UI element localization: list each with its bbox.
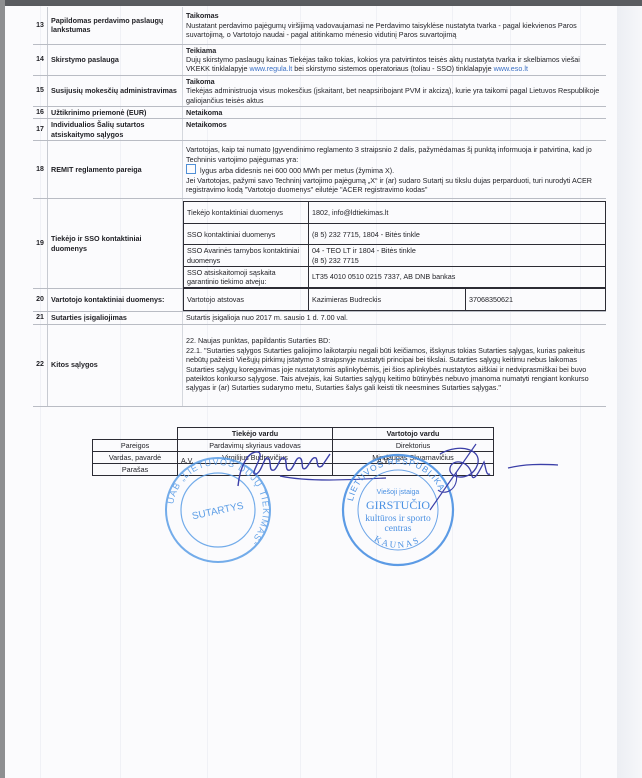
contract-terms-table: 13 Papildomas perdavimo paslaugų lankstu… bbox=[33, 7, 606, 407]
contact-value: LT35 4010 0510 0215 7337, AB DNB bankas bbox=[309, 266, 606, 287]
consumer-contact-table: Vartotojo atstovas Kazimieras Budreckis … bbox=[183, 288, 606, 311]
row-label: Tiekėjo ir SSO kontaktiniai duomenys bbox=[48, 199, 183, 288]
contact-value-line: 04 - TEO LT ir 1804 - Bitės tinkle bbox=[312, 246, 602, 255]
consumer-phone: 37068350621 bbox=[466, 289, 606, 311]
consumer-role: Vartotojo atstovas bbox=[184, 289, 309, 311]
table-row: 22 Kitos sąlygos 22. Naujas punktas, pap… bbox=[33, 324, 606, 406]
signature-header-row: Tiekėjo vardu Vartotojo vardu bbox=[93, 428, 494, 440]
contact-row: SSO Avarinės tarnybos kontaktiniai duome… bbox=[184, 245, 606, 266]
contact-key: SSO Avarinės tarnybos kontaktiniai duome… bbox=[184, 245, 309, 266]
contact-row: Tiekėjo kontaktiniai duomenys 1802, info… bbox=[184, 202, 606, 224]
row-label: Sutarties įsigaliojimas bbox=[48, 312, 183, 324]
remit-checkbox-label: lygus arba didesnis nei 600 000 MWh per … bbox=[200, 166, 394, 175]
consumer-name: Kazimieras Budreckis bbox=[309, 289, 466, 311]
signature-row-label: Pareigos bbox=[93, 440, 178, 452]
signature-header-supplier: Tiekėjo vardu bbox=[178, 428, 333, 440]
row-number: 22 bbox=[33, 324, 48, 406]
table-row: 15 Susijusių mokesčių administravimas Ta… bbox=[33, 75, 606, 106]
svg-text:KAUNAS: KAUNAS bbox=[373, 534, 422, 550]
row-label: Susijusių mokesčių administravimas bbox=[48, 75, 183, 106]
row-text-part: bei skirstymo sistemos operatoriaus (tol… bbox=[292, 64, 493, 73]
table-row: 20 Vartotojo kontaktiniai duomenys: Vart… bbox=[33, 288, 606, 312]
row-content: Vartotojas, kaip tai numato Įgyvendinimo… bbox=[183, 141, 607, 199]
row-text: Sutartis įsigalioja nuo 2017 m. sausio 1… bbox=[183, 312, 607, 324]
regula-link[interactable]: www.regula.lt bbox=[250, 64, 293, 73]
row-number: 18 bbox=[33, 141, 48, 199]
remit-note: Jei Vartotojas, pažymi savo Techninį var… bbox=[186, 176, 603, 195]
contact-key: SSO atsiskaitomoji sąskaita garantinio t… bbox=[184, 266, 309, 287]
svg-text:centras: centras bbox=[385, 524, 412, 534]
row-content: Taikomas Nustatant perdavimo pajėgumų vi… bbox=[183, 7, 607, 44]
contacts-table: Tiekėjo kontaktiniai duomenys 1802, info… bbox=[183, 201, 606, 288]
row-text: Dujų skirstymo paslaugų kainas Tiekėjas … bbox=[186, 55, 603, 74]
contact-value: 04 - TEO LT ir 1804 - Bitės tinkle(8 5) … bbox=[309, 245, 606, 266]
remit-checkbox-line: lygus arba didesnis nei 600 000 MWh per … bbox=[186, 164, 603, 175]
contact-row: SSO kontaktiniai duomenys (8 5) 232 7715… bbox=[184, 224, 606, 245]
row-status: Netaikoma bbox=[183, 106, 607, 118]
row-label: Užtikrinimo priemonė (EUR) bbox=[48, 106, 183, 118]
table-row: 16 Užtikrinimo priemonė (EUR) Netaikoma bbox=[33, 106, 606, 118]
contact-value-line: (8 5) 232 7715 bbox=[312, 256, 602, 265]
svg-text:SUTARTYS: SUTARTYS bbox=[191, 501, 245, 523]
table-row: 13 Papildomas perdavimo paslaugų lankstu… bbox=[33, 7, 606, 44]
row-content: 22. Naujas punktas, papildantis Sutartie… bbox=[183, 324, 607, 406]
signature-header-empty bbox=[93, 428, 178, 440]
consumer-signature-icon bbox=[420, 440, 570, 520]
row-text: Nustatant perdavimo pajėgumų viršijimą v… bbox=[186, 21, 603, 40]
table-row: 19 Tiekėjo ir SSO kontaktiniai duomenys … bbox=[33, 199, 606, 288]
row-number: 20 bbox=[33, 288, 48, 312]
row-number: 13 bbox=[33, 7, 48, 44]
row-number: 16 bbox=[33, 106, 48, 118]
other-terms-heading: 22. Naujas punktas, papildantis Sutartie… bbox=[186, 336, 603, 345]
row-content: Teikiama Dujų skirstymo paslaugų kainas … bbox=[183, 44, 607, 75]
remit-intro: Vartotojas, kaip tai numato Įgyvendinimo… bbox=[186, 145, 603, 164]
row-status: Taikomas bbox=[186, 11, 603, 20]
table-row: 21 Sutarties įsigaliojimas Sutartis įsig… bbox=[33, 312, 606, 324]
row-label: REMIT reglamento pareiga bbox=[48, 141, 183, 199]
row-status: Teikiama bbox=[186, 46, 603, 55]
svg-text:Viešoji įstaiga: Viešoji įstaiga bbox=[377, 489, 420, 496]
signature-header-consumer: Vartotojo vardu bbox=[333, 428, 494, 440]
row-number: 15 bbox=[33, 75, 48, 106]
row-content: Vartotojo atstovas Kazimieras Budreckis … bbox=[183, 288, 607, 312]
contact-value: 1802, info@ldtiekimas.lt bbox=[309, 202, 606, 224]
table-row: 18 REMIT reglamento pareiga Vartotojas, … bbox=[33, 141, 606, 199]
row-status: Netaikomos bbox=[183, 119, 607, 141]
row-status: Taikoma bbox=[186, 77, 603, 86]
remit-checkbox[interactable] bbox=[186, 164, 196, 174]
row-number: 19 bbox=[33, 199, 48, 288]
row-label: Vartotojo kontaktiniai duomenys: bbox=[48, 288, 183, 312]
row-content: Tiekėjo kontaktiniai duomenys 1802, info… bbox=[183, 199, 607, 288]
contact-key: SSO kontaktiniai duomenys bbox=[184, 224, 309, 245]
row-label: Individualios Šalių sutartos atsiskaitym… bbox=[48, 119, 183, 141]
row-content: Taikoma Tiekėjas administruoja visus mok… bbox=[183, 75, 607, 106]
other-terms-text: 22.1. "Sutarties sąlygos Sutarties galio… bbox=[186, 346, 603, 393]
contact-value: (8 5) 232 7715, 1804 - Bitės tinkle bbox=[309, 224, 606, 245]
row-label: Skirstymo paslauga bbox=[48, 44, 183, 75]
contact-key: Tiekėjo kontaktiniai duomenys bbox=[184, 202, 309, 224]
eso-link[interactable]: www.eso.lt bbox=[494, 64, 528, 73]
contact-row: SSO atsiskaitomoji sąskaita garantinio t… bbox=[184, 266, 606, 287]
row-label: Papildomas perdavimo paslaugų lankstumas bbox=[48, 7, 183, 44]
row-text: Tiekėjas administruoja visus mokesčius (… bbox=[186, 86, 603, 105]
page-right-shadow bbox=[617, 6, 642, 778]
row-number: 17 bbox=[33, 119, 48, 141]
row-number: 14 bbox=[33, 44, 48, 75]
row-number: 21 bbox=[33, 312, 48, 324]
table-row: 17 Individualios Šalių sutartos atsiskai… bbox=[33, 119, 606, 141]
table-row: 14 Skirstymo paslauga Teikiama Dujų skir… bbox=[33, 44, 606, 75]
row-label: Kitos sąlygos bbox=[48, 324, 183, 406]
